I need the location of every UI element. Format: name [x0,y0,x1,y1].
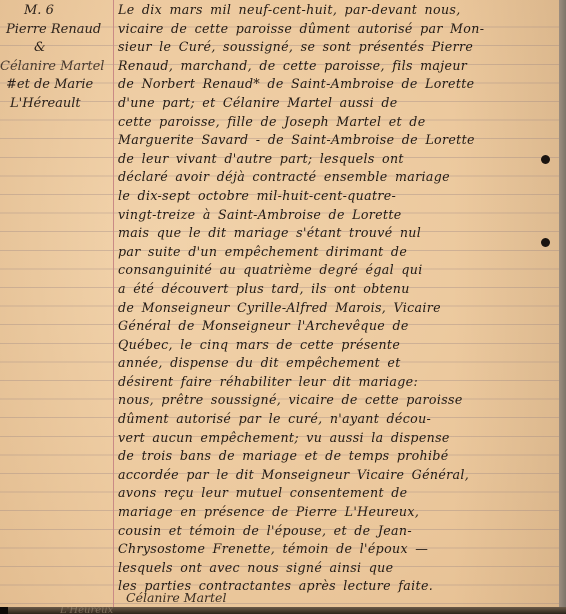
page-edge [559,0,566,607]
text-line: de Monseigneur Cyrille-Alfred Marois, Vi… [118,299,558,318]
text-line: dûment autorisé par le curé, n'ayant déc… [118,410,558,429]
text-line: vingt-treize à Saint-Ambroise de Lorette [118,206,558,225]
text-line: année, dispense du dit empêchement et [118,354,558,373]
text-line: par suite d'un empêchement dirimant de [118,243,558,262]
text-line: Général de Monseigneur l'Archevêque de [118,317,558,336]
text-line: désirent faire réhabiliter leur dit mari… [118,373,558,392]
ampersand: & [0,39,112,58]
text-line: sieur le Curé, soussigné, se sont présen… [118,38,558,57]
entry-number: M. 6 [0,2,112,21]
text-line: déclaré avoir déjà contracté ensemble ma… [118,168,558,187]
text-line: Renaud, marchand, de cette paroisse, fil… [118,57,558,76]
bride-name: Célanire Martel [0,58,112,77]
text-line: lesquels ont avec nous signé ainsi que [118,559,558,578]
mother-annotation-line1: #et de Marie [0,76,112,95]
record-text: Le dix mars mil neuf-cent-huit, par-deva… [118,1,558,596]
margin-rule [113,0,114,607]
mother-annotation-line2: L'Héreault [0,95,112,114]
text-line: cette paroisse, fille de Joseph Martel e… [118,113,558,132]
text-line: Marguerite Savard - de Saint-Ambroise de… [118,131,558,150]
text-line: d'une part; et Célanire Martel aussi de [118,94,558,113]
text-line: le dix-sept octobre mil-huit-cent-quatre… [118,187,558,206]
text-line: vert aucun empêchement; vu aussi la disp… [118,429,558,448]
binding-hole-icon [541,155,550,164]
register-page: M. 6 Pierre Renaud & Célanire Martel #et… [0,0,566,607]
text-line: de leur vivant d'autre part; lesquels on… [118,150,558,169]
text-line: Chrysostome Frenette, témoin de l'époux … [118,540,558,559]
next-page-fragment: L'Heureux [60,607,113,614]
text-line: de trois bans de mariage et de temps pro… [118,447,558,466]
text-line: de Norbert Renaud* de Saint-Ambroise de … [118,75,558,94]
text-line: a été découvert plus tard, ils ont obten… [118,280,558,299]
groom-name: Pierre Renaud [0,21,112,40]
text-line: mais que le dit mariage s'étant trouvé n… [118,224,558,243]
text-line: Le dix mars mil neuf-cent-huit, par-deva… [118,1,558,20]
text-line: nous, prêtre soussigné, vicaire de cette… [118,391,558,410]
text-line: cousin et témoin de l'épouse, et de Jean… [118,522,558,541]
text-line: mariage en présence de Pierre L'Heureux, [118,503,558,522]
text-line: consanguinité au quatrième degré égal qu… [118,261,558,280]
text-line: vicaire de cette paroisse dûment autoris… [118,20,558,39]
text-line: avons reçu leur mutuel consentement de [118,484,558,503]
signature-celanire-martel: Célanire Martel [126,590,226,605]
binding-hole-icon [541,238,550,247]
margin-note: M. 6 Pierre Renaud & Célanire Martel #et… [0,2,112,114]
text-line: Québec, le cinq mars de cette présente [118,336,558,355]
text-line: accordée par le dit Monseigneur Vicaire … [118,466,558,485]
